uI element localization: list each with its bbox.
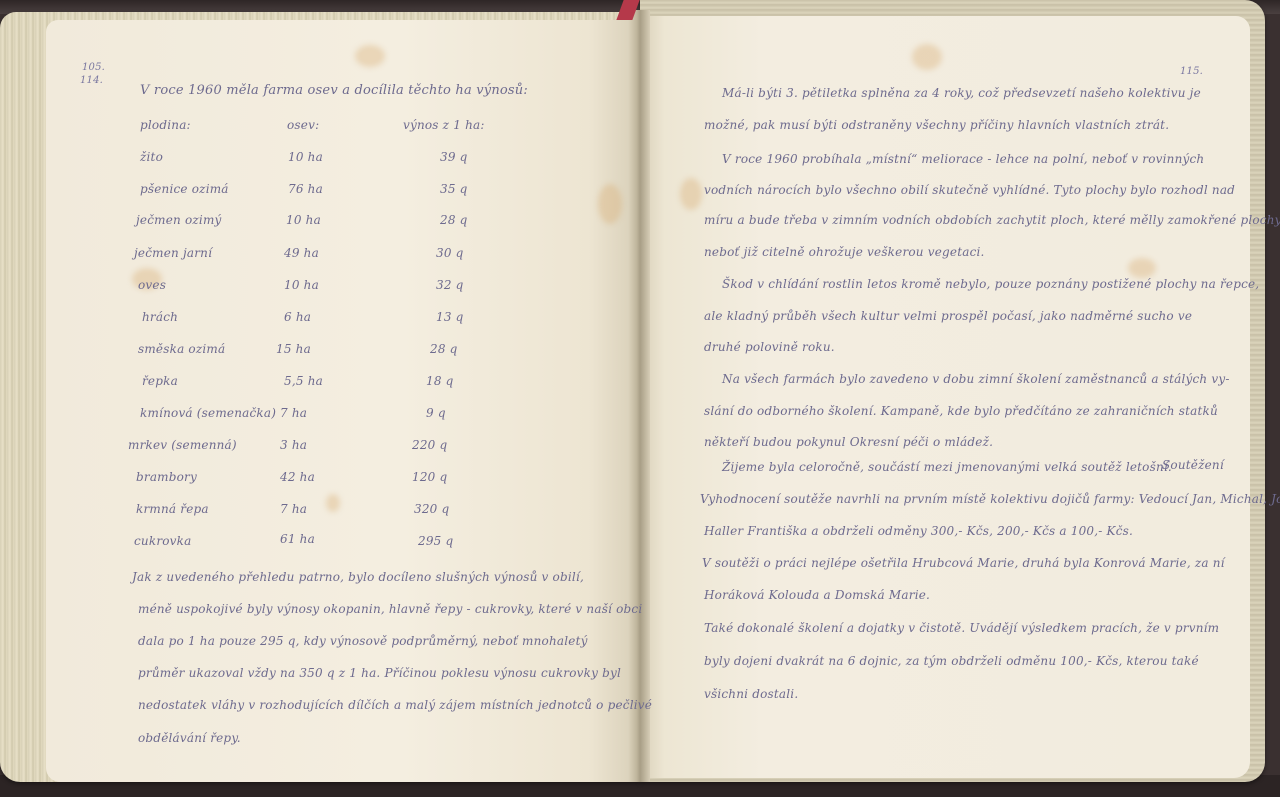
- table-cell-yield: 13 q: [436, 310, 464, 324]
- text-line: Žijeme byla celoročně, součástí mezi jme…: [722, 460, 1172, 474]
- table-cell-yield: 28 q: [430, 342, 458, 356]
- table-cell-area: 10 ha: [288, 150, 323, 164]
- table-cell-crop: mrkev (semenná): [128, 438, 237, 452]
- table-cell-crop: řepka: [142, 374, 178, 388]
- table-cell-crop: cukrovka: [134, 534, 192, 548]
- table-cell-area: 3 ha: [280, 438, 307, 452]
- table-cell-area: 76 ha: [288, 182, 323, 196]
- table-cell-area: 7 ha: [280, 406, 307, 420]
- paper-stain: [598, 184, 622, 224]
- page-number: 115.: [1180, 66, 1203, 77]
- paper-stain: [912, 44, 942, 70]
- text-line: Má-li býti 3. pětiletka splněna za 4 rok…: [722, 86, 1201, 100]
- table-cell-area: 15 ha: [276, 342, 311, 356]
- text-line: druhé polovině roku.: [704, 340, 835, 354]
- table-cell-crop: oves: [138, 278, 166, 292]
- text-line: neboť již citelně ohrožuje veškerou vege…: [704, 245, 985, 259]
- table-cell-crop: ječmen jarní: [134, 246, 212, 260]
- table-cell-yield: 320 q: [414, 502, 449, 516]
- text-line: Na všech farmách bylo zavedeno v dobu zi…: [722, 372, 1230, 386]
- table-cell-area: 6 ha: [284, 310, 311, 324]
- table-cell-crop: brambory: [136, 470, 197, 484]
- table-cell-area: 42 ha: [280, 470, 315, 484]
- table-cell-crop: směska ozimá: [138, 342, 225, 356]
- table-cell-crop: hrách: [142, 310, 178, 324]
- text-line: všichni dostali.: [704, 687, 798, 701]
- table-cell-yield: 9 q: [426, 406, 446, 420]
- book-gutter: [628, 10, 650, 782]
- paper-stain: [1128, 258, 1156, 278]
- left-heading: V roce 1960 měla farma osev a docílila t…: [140, 83, 528, 98]
- table-cell-yield: 28 q: [440, 213, 468, 227]
- text-line: Škod v chlídání rostlin letos kromě neby…: [722, 277, 1259, 291]
- table-cell-crop: žito: [140, 150, 163, 164]
- text-line: ale kladný průběh všech kultur velmi pro…: [704, 309, 1192, 323]
- table-cell-yield: 30 q: [436, 246, 464, 260]
- paper-stain: [326, 494, 340, 512]
- table-cell-yield: 120 q: [412, 470, 447, 484]
- table-cell-crop: pšenice ozimá: [140, 182, 229, 196]
- table-cell-yield: 295 q: [418, 534, 453, 548]
- table-cell-area: 5,5 ha: [284, 374, 323, 388]
- table-cell-crop: krmná řepa: [136, 502, 209, 516]
- text-line: dala po 1 ha pouze 295 q, kdy výnosově p…: [138, 634, 588, 648]
- text-line: nedostatek vláhy v rozhodujících dílčích…: [138, 698, 652, 712]
- table-cell-yield: 35 q: [440, 182, 468, 196]
- table-header-area: osev:: [287, 118, 319, 132]
- table-cell-area: 7 ha: [280, 502, 307, 516]
- text-line: možné, pak musí býti odstraněny všechny …: [704, 118, 1169, 132]
- table-header-crop: plodina:: [140, 118, 191, 132]
- paper-stain: [355, 45, 385, 67]
- table-cell-area: 49 ha: [284, 246, 319, 260]
- paper-stain: [680, 178, 702, 210]
- table-cell-yield: 18 q: [426, 374, 454, 388]
- text-line: někteří budou pokynul Okresní péči o mlá…: [704, 435, 993, 449]
- text-line: průměr ukazoval vždy na 350 q z 1 ha. Př…: [138, 666, 621, 680]
- text-line: Haller Františka a obdrželi odměny 300,-…: [704, 524, 1133, 538]
- page-number-old: 114.: [80, 75, 103, 86]
- text-line: V roce 1960 probíhala „místní“ meliorace…: [722, 152, 1204, 166]
- text-line: Vyhodnocení soutěže navrhli na prvním mí…: [700, 492, 1280, 506]
- text-line: míru a bude třeba v zimním vodních obdob…: [704, 213, 1280, 227]
- table-cell-crop: kmínová (semenačka): [140, 406, 276, 420]
- table-cell-area: 10 ha: [284, 278, 319, 292]
- text-line: byly dojeni dvakrát na 6 dojnic, za tým …: [704, 654, 1199, 668]
- table-cell-crop: ječmen ozimý: [136, 213, 222, 227]
- text-line: slání do odborného školení. Kampaně, kde…: [704, 404, 1218, 418]
- page-number: 105.: [82, 62, 105, 73]
- text-line: Horáková Kolouda a Domská Marie.: [704, 588, 930, 602]
- text-line: obdělávání řepy.: [138, 731, 241, 745]
- table-cell-area: 61 ha: [280, 532, 315, 546]
- text-line: Jak z uvedeného přehledu patrno, bylo do…: [132, 570, 584, 584]
- text-line: vodních nárocích bylo všechno obilí skut…: [704, 183, 1235, 197]
- table-cell-yield: 39 q: [440, 150, 468, 164]
- text-line: méně uspokojivé byly výnosy okopanin, hl…: [138, 602, 642, 616]
- text-line: V soutěži o práci nejlépe ošetřila Hrubc…: [702, 556, 1225, 570]
- text-line: Také dokonalé školení a dojatky v čistot…: [704, 621, 1219, 635]
- margin-note: Soutěžení: [1162, 458, 1224, 472]
- table-cell-yield: 32 q: [436, 278, 464, 292]
- table-cell-yield: 220 q: [412, 438, 447, 452]
- table-cell-area: 10 ha: [286, 213, 321, 227]
- table-header-yield: výnos z 1 ha:: [403, 118, 485, 132]
